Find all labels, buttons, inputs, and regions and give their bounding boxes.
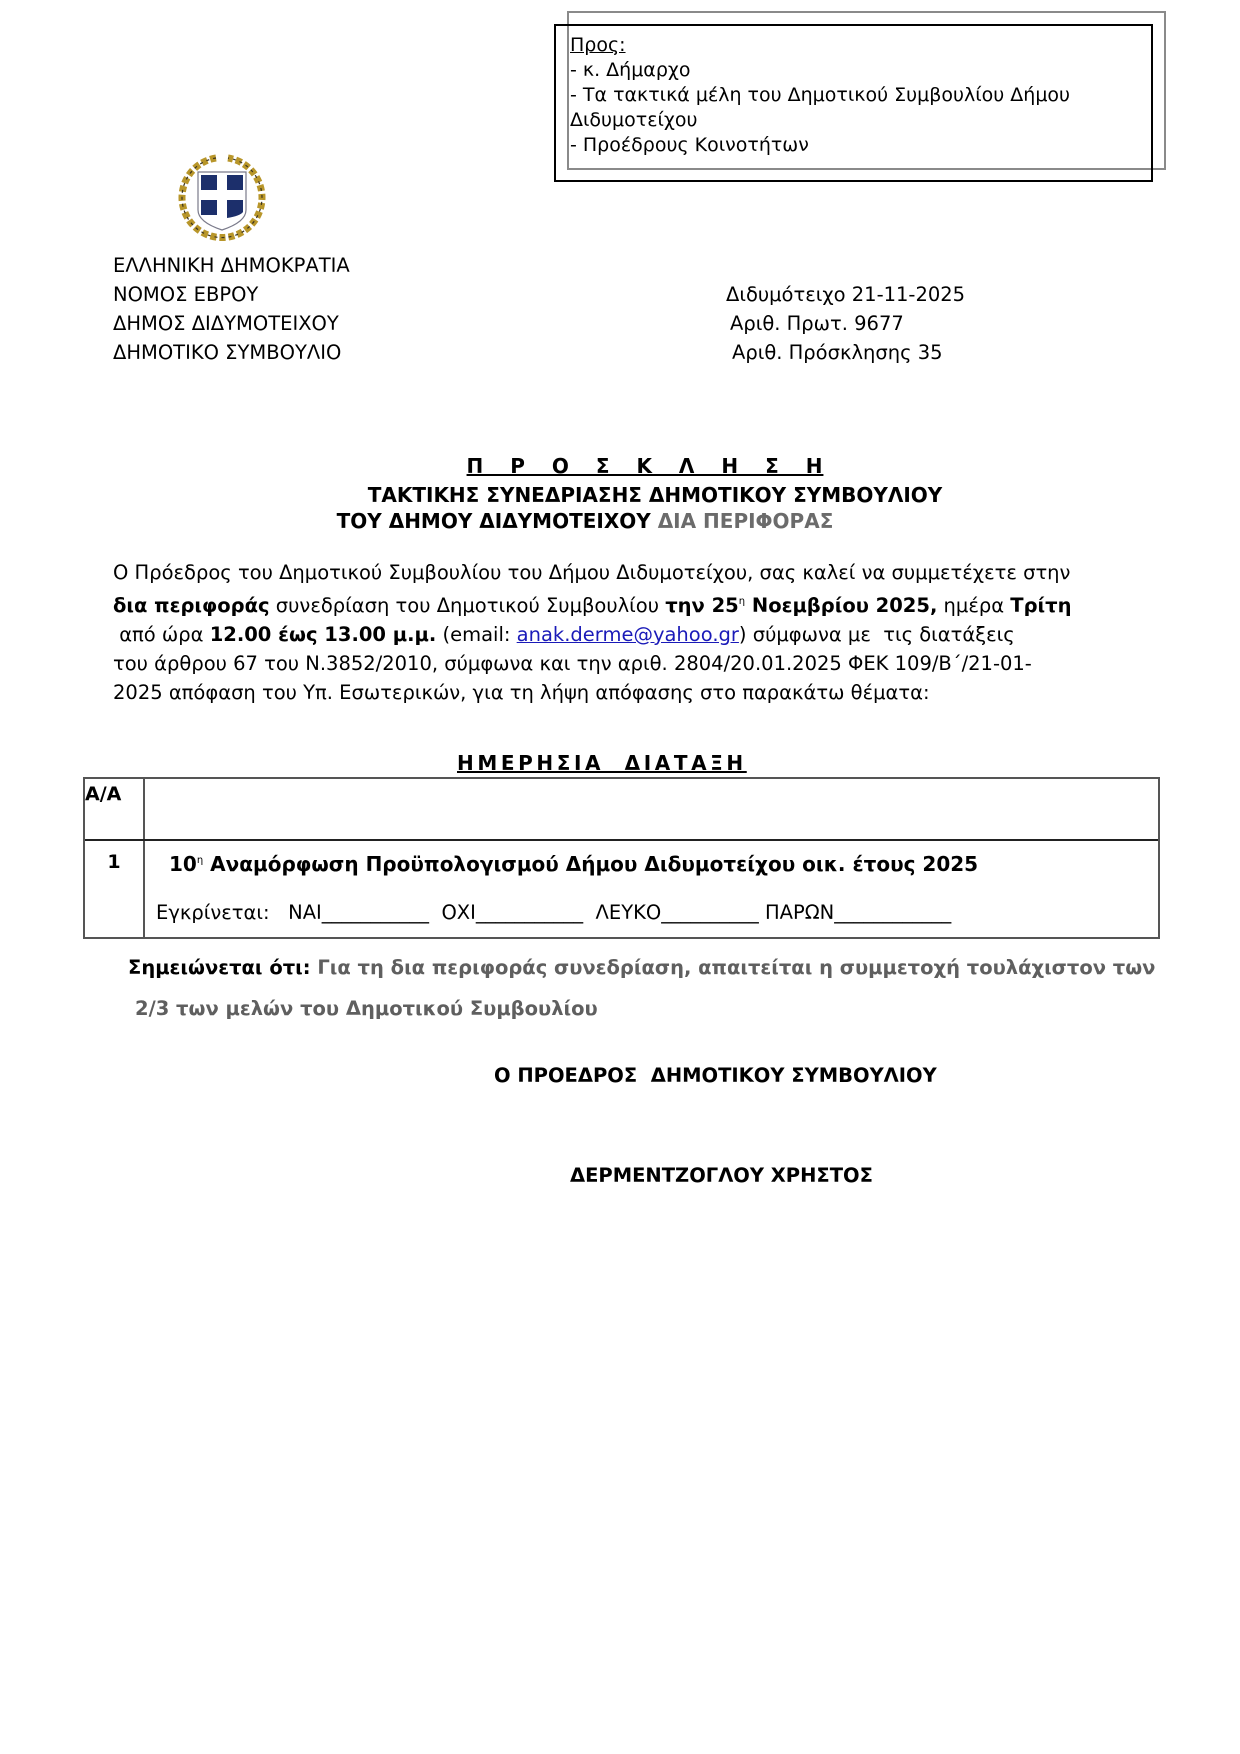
agenda-heading: ΗΜΕΡΗΣΙΑ ΔΙΑΤΑΞΗ [457, 750, 747, 776]
agenda-item-subject: 10η Αναμόρφωση Προϋπολογισμού Δήμου Διδυ… [169, 848, 978, 877]
protocol-number: Αριθ. Πρωτ. 9677 [726, 309, 965, 338]
signatory-name: ΔΕΡΜΕΝΤΖΟΓΛΟΥ ΧΡΗΣΤΟΣ [570, 1163, 873, 1189]
document-title: Π Ρ Ο Σ Κ Λ Η Σ Η [0, 453, 1240, 479]
recipient-line: Διδυμοτείχου [570, 108, 1070, 133]
quorum-note: Σημειώνεται ότι: Για τη δια περιφοράς συ… [128, 955, 1155, 981]
quorum-note-cont: 2/3 των μελών του Δημοτικού Συμβουλίου [135, 996, 598, 1022]
email-link[interactable]: anak.derme@yahoo.gr [517, 623, 739, 646]
recipient-line: - Προέδρους Κοινοτήτων [570, 133, 1070, 158]
column-header-number: Α/Α [85, 781, 121, 807]
document-subtitle: ΤΑΚΤΙΚΗΣ ΣΥΝΕΔΡΙΑΣΗΣ ΔΗΜΟΤΙΚΟΥ ΣΥΜΒΟΥΛΙΟ… [0, 482, 1240, 508]
issuer-block: ΕΛΛΗΝΙΚΗ ΔΗΜΟΚΡΑΤΙΑ ΝΟΜΟΣ ΕΒΡΟΥ ΔΗΜΟΣ ΔΙ… [113, 251, 350, 367]
invitation-number: Αριθ. Πρόσκλησης 35 [726, 338, 965, 367]
signatory-title: Ο ΠΡΟΕΔΡΟΣ ΔΗΜΟΤΙΚΟΥ ΣΥΜΒΟΥΛΙΟΥ [494, 1063, 937, 1089]
issuer-line: ΔΗΜΟΣ ΔΙΔΥΜΟΤΕΙΧΟΥ [113, 309, 350, 338]
place-date: Διδυμότειχο 21-11-2025 [726, 280, 965, 309]
recipient-line: - Τα τακτικά μέλη του Δημοτικού Συμβουλί… [570, 83, 1070, 108]
document-subtitle-2: ΤΟΥ ΔΗΜΟΥ ΔΙΔΥΜΟΤΕΙΧΟΥ ΔΙΑ ΠΕΡΙΦΟΡΑΣ [0, 508, 1170, 534]
recipient-line: - κ. Δήμαρχο [570, 58, 1070, 83]
issuer-line: ΔΗΜΟΤΙΚΟ ΣΥΜΒΟΥΛΙΟ [113, 338, 350, 367]
issuer-line: ΕΛΛΗΝΙΚΗ ΔΗΜΟΚΡΑΤΙΑ [113, 251, 350, 280]
remote-meeting-label: ΔΙΑ ΠΕΡΙΦΟΡΑΣ [658, 509, 834, 533]
vote-line: Εγκρίνεται: ΝΑΙ___________ ΟΧΙ__________… [156, 900, 951, 926]
agenda-item-number: 1 [85, 849, 143, 875]
invitation-paragraph: Ο Πρόεδρος του Δημοτικού Συμβουλίου του … [113, 558, 1071, 707]
recipients-title: Προς: [570, 33, 1070, 58]
agenda-table: Α/Α 1 10η Αναμόρφωση Προϋπολογισμού Δήμο… [83, 777, 1160, 939]
issuer-line: ΝΟΜΟΣ ΕΒΡΟΥ [113, 280, 350, 309]
reference-block: Διδυμότειχο 21-11-2025 Αριθ. Πρωτ. 9677 … [726, 280, 965, 367]
recipients-list: Προς: - κ. Δήμαρχο - Τα τακτικά μέλη του… [570, 33, 1070, 158]
greek-coat-of-arms-icon [172, 150, 272, 244]
